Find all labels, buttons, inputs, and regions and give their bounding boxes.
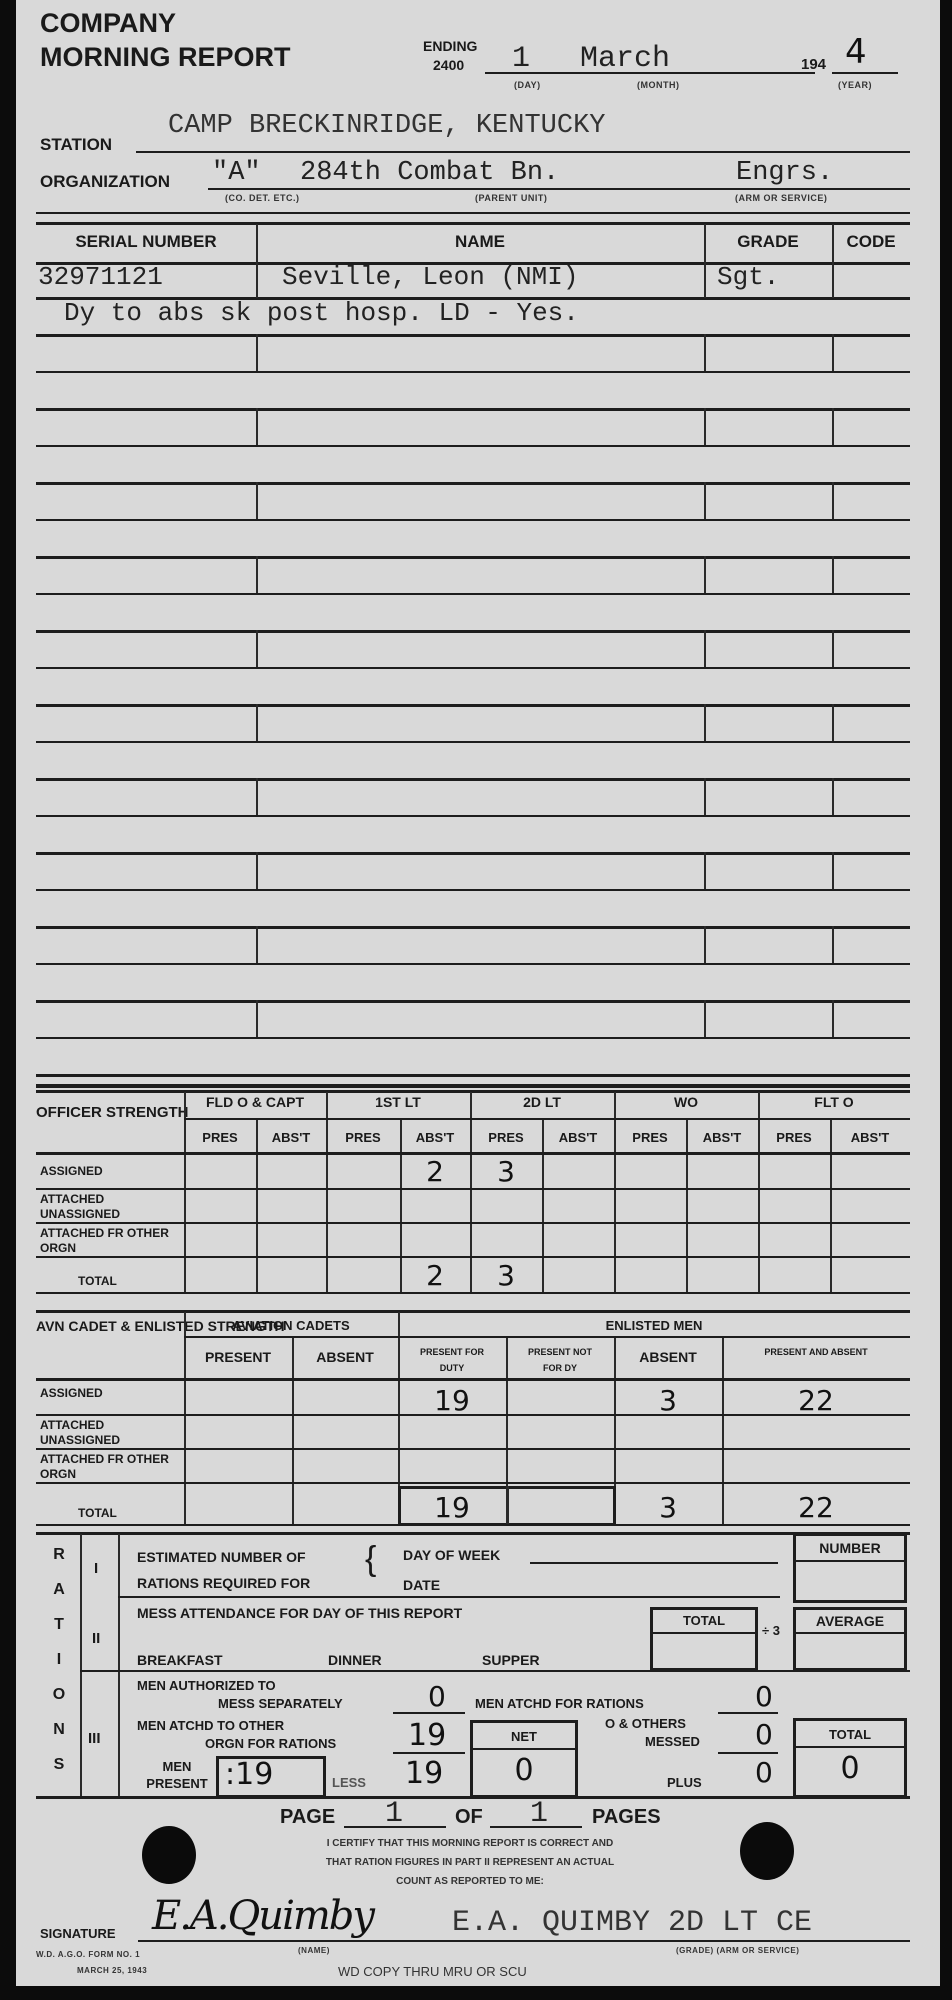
roster-blank-entry-row[interactable] [36, 408, 910, 445]
officer-cell [686, 1190, 758, 1222]
enlisted-row-label: ATTACHED UNASSIGNED [40, 1418, 180, 1448]
part2-numeral: II [92, 1630, 100, 1647]
form-date: MARCH 25, 1943 [77, 1966, 147, 1975]
roster-col-divider [256, 224, 258, 298]
rations-letter: R [46, 1546, 72, 1564]
enlisted-cell [292, 1416, 398, 1448]
organization-line [208, 188, 910, 190]
rations-divider [118, 1534, 120, 1796]
form-title-line2: MORNING REPORT [40, 42, 291, 73]
certify-line-3: COUNT AS REPORTED TO ME: [240, 1872, 700, 1891]
atchd-other-label-2: ORGN FOR RATIONS [205, 1736, 336, 1751]
officer-cell [256, 1154, 326, 1188]
part3-numeral: III [88, 1730, 101, 1747]
ending-label: ENDING [423, 38, 477, 54]
officer-cell [614, 1154, 686, 1188]
rations-total-divider [796, 1746, 904, 1748]
mess-attendance-label: MESS ATTENDANCE FOR DAY OF THIS REPORT [137, 1605, 462, 1621]
rations-letter: A [46, 1581, 72, 1599]
certify-line-1: I CERTIFY THAT THIS MORNING REPORT IS CO… [240, 1834, 700, 1853]
enlisted-cell [398, 1416, 506, 1448]
number-box: NUMBER [793, 1533, 907, 1603]
net-value: 0 [473, 1753, 575, 1788]
net-box-divider [473, 1748, 575, 1750]
page-label: PAGE [280, 1806, 335, 1829]
breakfast-label: BREAKFAST [137, 1652, 223, 1668]
org-caption-arm: (ARM OR SERVICE) [735, 193, 827, 203]
auth-mess-label-1: MEN AUTHORIZED TO [137, 1678, 276, 1693]
station-value: CAMP BRECKINRIDGE, KENTUCKY [168, 111, 605, 141]
roster-blank-entry-row[interactable] [36, 1000, 910, 1037]
officer-subheader: ABS'T [400, 1130, 470, 1145]
enlisted-subheader: ABSENT [292, 1348, 398, 1366]
atchd-rations-label: MEN ATCHD FOR RATIONS [475, 1696, 644, 1711]
organization-arm: Engrs. [736, 158, 833, 188]
men-present-label-1: MEN [140, 1758, 214, 1775]
rations-letter: I [46, 1651, 72, 1669]
officer-cell [614, 1224, 686, 1256]
roster-remark: Dy to abs sk post hosp. LD - Yes. [64, 298, 579, 328]
officer-cell [184, 1154, 256, 1188]
binder-hole-left [142, 1826, 196, 1884]
officer-cell [830, 1154, 910, 1188]
roster-grade: Sgt. [717, 262, 779, 292]
officer-cell [614, 1190, 686, 1222]
form-number: W.D. A.G.O. FORM NO. 1 [36, 1950, 140, 1959]
report-month: March [580, 42, 670, 76]
month-caption: (MONTH) [637, 80, 680, 90]
net-label: NET [473, 1723, 575, 1744]
roster-blank-remark-row[interactable] [36, 667, 910, 704]
roster-name: Seville, Leon (NMI) [282, 262, 578, 292]
enlisted-row-label: ATTACHED FR OTHER ORGN [40, 1452, 180, 1482]
officer-cell [470, 1190, 542, 1222]
enlisted-cell [722, 1416, 910, 1448]
report-year-digit: 4 [845, 32, 867, 72]
date-label: DATE [403, 1577, 440, 1593]
year-prefix: 194 [801, 56, 826, 73]
enlisted-cell: 19 [398, 1380, 506, 1414]
officer-cell [830, 1258, 910, 1292]
number-box-divider [796, 1560, 904, 1562]
roster-blank-remark-row[interactable] [36, 963, 910, 1000]
enlisted-subheader: ABSENT [614, 1348, 722, 1366]
roster-blank-entry-row[interactable] [36, 334, 910, 371]
organization-label: ORGANIZATION [40, 172, 170, 192]
others-messed-line [718, 1752, 778, 1754]
rations-total-box: TOTAL 0 [793, 1718, 907, 1798]
enlisted-cell [506, 1416, 614, 1448]
org-caption-company: (CO. DET. ETC.) [225, 193, 300, 203]
officer-subheader: PRES [326, 1130, 400, 1145]
officer-cell [184, 1190, 256, 1222]
enlisted-cell [614, 1450, 722, 1482]
station-line [136, 151, 910, 153]
roster-blank-remark-row[interactable] [36, 741, 910, 778]
officer-cell [256, 1224, 326, 1256]
enlisted-cell [184, 1450, 292, 1482]
men-present-label-2: PRESENT [140, 1775, 214, 1792]
certify-line-2: THAT RATION FIGURES IN PART II REPRESENT… [240, 1853, 700, 1872]
year-line [832, 72, 898, 74]
officer-top-rule [36, 1090, 910, 1093]
mess-total-divider [653, 1632, 755, 1634]
officer-cell [686, 1224, 758, 1256]
roster-header-name: NAME [256, 232, 704, 252]
atchd-rations-value: 0 [755, 1680, 773, 1713]
auth-mess-value: 0 [428, 1680, 446, 1713]
officer-group-4: FLT O [758, 1094, 910, 1110]
handwritten-signature: E.A.Quimby [152, 1893, 373, 1939]
officer-group-0: FLD O & CAPT [184, 1094, 326, 1110]
average-box-divider [796, 1632, 904, 1634]
men-present-label: MEN PRESENT [140, 1758, 214, 1792]
roster-header-code: CODE [832, 232, 910, 252]
officer-cell [256, 1190, 326, 1222]
certification-text: I CERTIFY THAT THIS MORNING REPORT IS CO… [240, 1834, 700, 1891]
roster-col-divider [832, 224, 834, 298]
number-label: NUMBER [796, 1536, 904, 1556]
of-label: OF [455, 1806, 483, 1829]
roster-blank-entry-row[interactable] [36, 704, 910, 741]
officer-cell [326, 1190, 400, 1222]
enlisted-subheader-rule [184, 1336, 910, 1338]
officer-cell [184, 1224, 256, 1256]
officer-cell [542, 1258, 614, 1292]
form-title-line1: COMPANY [40, 8, 176, 39]
officer-cell [470, 1224, 542, 1256]
enlisted-subheader: PRESENT FOR DUTY [398, 1344, 506, 1376]
roster-blank-entry-row[interactable] [36, 926, 910, 963]
officer-group-1: 1ST LT [326, 1094, 470, 1110]
name-caption: (NAME) [298, 1946, 330, 1955]
part2-rule [80, 1670, 910, 1672]
binder-hole-right [740, 1822, 794, 1880]
atchd-other-label-1: MEN ATCHD TO OTHER [137, 1718, 284, 1733]
rations-top-rule [36, 1532, 910, 1535]
officer-subheader: ABS'T [830, 1130, 910, 1145]
officer-cell [326, 1224, 400, 1256]
enlisted-cell [614, 1416, 722, 1448]
officer-cell [758, 1154, 830, 1188]
divide-by-three: ÷ 3 [761, 1622, 781, 1640]
part1-rule [118, 1596, 780, 1598]
enlisted-cell [722, 1450, 910, 1482]
signature-label: SIGNATURE [40, 1926, 116, 1941]
average-box: AVERAGE [793, 1607, 907, 1671]
officer-strength-title: OFFICER STRENGTH [36, 1104, 184, 1122]
header-rule [36, 212, 910, 214]
part1-label-line1: ESTIMATED NUMBER OF [137, 1549, 306, 1565]
enlisted-cell [398, 1450, 506, 1482]
rations-letter: T [46, 1616, 72, 1634]
less-value: 19 [405, 1756, 443, 1791]
enlisted-cell [184, 1484, 292, 1524]
officer-subheader: PRES [470, 1130, 542, 1145]
brace-icon: { [365, 1540, 376, 1579]
pages-label: PAGES [592, 1806, 661, 1829]
mess-total-label: TOTAL [653, 1610, 755, 1628]
rations-total-value: 0 [796, 1751, 904, 1786]
copy-note: WD COPY THRU MRU OR SCU [338, 1964, 527, 1979]
officer-cell [184, 1258, 256, 1292]
officer-cell [542, 1224, 614, 1256]
officer-cell: 3 [470, 1258, 542, 1292]
year-caption: (YEAR) [838, 80, 872, 90]
mess-total-box: TOTAL [650, 1607, 758, 1671]
roster-blank-entry-row[interactable] [36, 630, 910, 667]
others-messed-value: 0 [755, 1718, 773, 1751]
officer-subheader: PRES [614, 1130, 686, 1145]
officer-bottom-rule [36, 1292, 910, 1294]
enlisted-top-rule [36, 1310, 910, 1313]
enlisted-cell [292, 1484, 398, 1524]
officer-cell [542, 1190, 614, 1222]
roster-code [834, 264, 908, 294]
officer-cell [758, 1190, 830, 1222]
enlisted-cell: 22 [722, 1380, 910, 1414]
officer-subheader: ABS'T [542, 1130, 614, 1145]
officer-cell [686, 1258, 758, 1292]
net-box: NET 0 [470, 1720, 578, 1798]
signer-typed-name: E.A. QUIMBY 2D LT CE [452, 1906, 812, 1940]
plus-value: 0 [755, 1756, 773, 1789]
enlisted-cell [292, 1450, 398, 1482]
officer-group-3: WO [614, 1094, 758, 1110]
rations-letter: N [46, 1721, 72, 1739]
roster-top-rule [36, 222, 910, 225]
page-total: 1 [530, 1797, 548, 1831]
roster-blank-remark-row[interactable] [36, 371, 910, 408]
officer-cell [686, 1154, 758, 1188]
roster-bottom-rule [36, 1084, 910, 1088]
officer-row-label: ATTACHED UNASSIGNED [40, 1192, 180, 1222]
enlisted-row-label: ASSIGNED [40, 1386, 180, 1401]
org-caption-parent: (PARENT UNIT) [475, 193, 547, 203]
station-label: STATION [40, 135, 112, 155]
day-caption: (DAY) [514, 80, 541, 90]
enlisted-subheader: PRESENT AND ABSENT [722, 1344, 910, 1360]
men-present-value: :19 [225, 1757, 273, 1792]
roster-blank-entry-row[interactable] [36, 556, 910, 593]
roster-blank-remark-row[interactable] [36, 519, 910, 556]
enlisted-cell [292, 1380, 398, 1414]
day-of-week-field[interactable] [530, 1562, 778, 1564]
officer-cell [614, 1258, 686, 1292]
roster-header-grade: GRADE [704, 232, 832, 252]
roster-blank-remark-row[interactable] [36, 445, 910, 482]
roster-blank-remark-row[interactable] [36, 815, 910, 852]
enlisted-subheader: PRESENT [184, 1348, 292, 1366]
enlisted-cell [506, 1380, 614, 1414]
total-box-divider [506, 1486, 509, 1526]
others-messed-label-1: O & OTHERS [605, 1716, 686, 1731]
officer-cell [830, 1224, 910, 1256]
men-present-box: :19 [216, 1756, 326, 1798]
officer-cell [830, 1190, 910, 1222]
page-number: 1 [385, 1797, 403, 1831]
roster-row-rule [36, 1074, 910, 1077]
enlisted-cell: 3 [614, 1380, 722, 1414]
officer-cell [758, 1258, 830, 1292]
part1-label-line2: RATIONS REQUIRED FOR [137, 1575, 310, 1591]
roster-blank-entry-row[interactable] [36, 778, 910, 815]
officer-subheader: PRES [758, 1130, 830, 1145]
roster-blank-entry-row[interactable] [36, 482, 910, 519]
enlisted-bottom-rule [36, 1524, 910, 1526]
rations-letter: O [46, 1686, 72, 1704]
officer-row-label: ATTACHED FR OTHER ORGN [40, 1226, 180, 1256]
officer-cell [256, 1258, 326, 1292]
officer-cell [542, 1154, 614, 1188]
enlisted-cell [184, 1416, 292, 1448]
group-enlisted-men: ENLISTED MEN [398, 1318, 910, 1333]
officer-cell: 2 [400, 1258, 470, 1292]
rations-divider [80, 1534, 82, 1796]
officer-subheader: PRES [184, 1130, 256, 1145]
day-of-week-label: DAY OF WEEK [403, 1547, 500, 1563]
enlisted-subheader: PRESENT NOT FOR DY [506, 1344, 614, 1376]
supper-label: SUPPER [482, 1652, 540, 1668]
officer-cell [400, 1190, 470, 1222]
officer-cell [326, 1154, 400, 1188]
enlisted-cell [184, 1380, 292, 1414]
enlisted-strength-title: AVN CADET & ENLISTED STRENGTH [36, 1318, 184, 1335]
organization-parent-unit: 284th Combat Bn. [300, 158, 559, 188]
rations-total-label: TOTAL [796, 1721, 904, 1742]
dinner-label: DINNER [328, 1652, 382, 1668]
roster-col-divider [704, 224, 706, 298]
organization-company: "A" [212, 158, 261, 188]
officer-subheader-rule [184, 1118, 910, 1120]
enlisted-cell [506, 1450, 614, 1482]
group-aviation-cadets: AVIATION CADETS [184, 1318, 398, 1333]
officer-subheader: ABS'T [686, 1130, 758, 1145]
officer-cell [758, 1224, 830, 1256]
officer-subheader: ABS'T [256, 1130, 326, 1145]
rations-bottom-rule [36, 1796, 910, 1799]
officer-row-label: ASSIGNED [40, 1164, 180, 1179]
officer-cell: 3 [470, 1154, 542, 1188]
roster-header-serial: SERIAL NUMBER [36, 232, 256, 252]
roster-blank-remark-row[interactable] [36, 889, 910, 926]
signature-line [138, 1940, 910, 1942]
officer-group-2: 2D LT [470, 1094, 614, 1110]
atchd-other-value: 19 [408, 1718, 446, 1753]
plus-label: PLUS [667, 1775, 702, 1790]
part1-numeral: I [94, 1560, 98, 1577]
rations-letter: S [46, 1756, 72, 1774]
enlisted-cell: 3 [614, 1484, 722, 1524]
roster-blank-entry-row[interactable] [36, 852, 910, 889]
officer-cell [326, 1258, 400, 1292]
ending-time: 2400 [433, 57, 464, 73]
enlisted-cell: 22 [722, 1484, 910, 1524]
others-messed-label-2: MESSED [645, 1734, 700, 1749]
officer-cell [400, 1224, 470, 1256]
average-label: AVERAGE [796, 1610, 904, 1629]
auth-mess-label-2: MESS SEPARATELY [218, 1696, 343, 1711]
roster-serial: 32971121 [38, 262, 163, 292]
grade-caption: (GRADE) (ARM OR SERVICE) [676, 1946, 799, 1955]
roster-blank-remark-row[interactable] [36, 593, 910, 630]
report-day: 1 [512, 42, 530, 76]
officer-cell: 2 [400, 1154, 470, 1188]
less-label: LESS [332, 1775, 366, 1790]
roster-blank-remark-row[interactable] [36, 1037, 910, 1074]
